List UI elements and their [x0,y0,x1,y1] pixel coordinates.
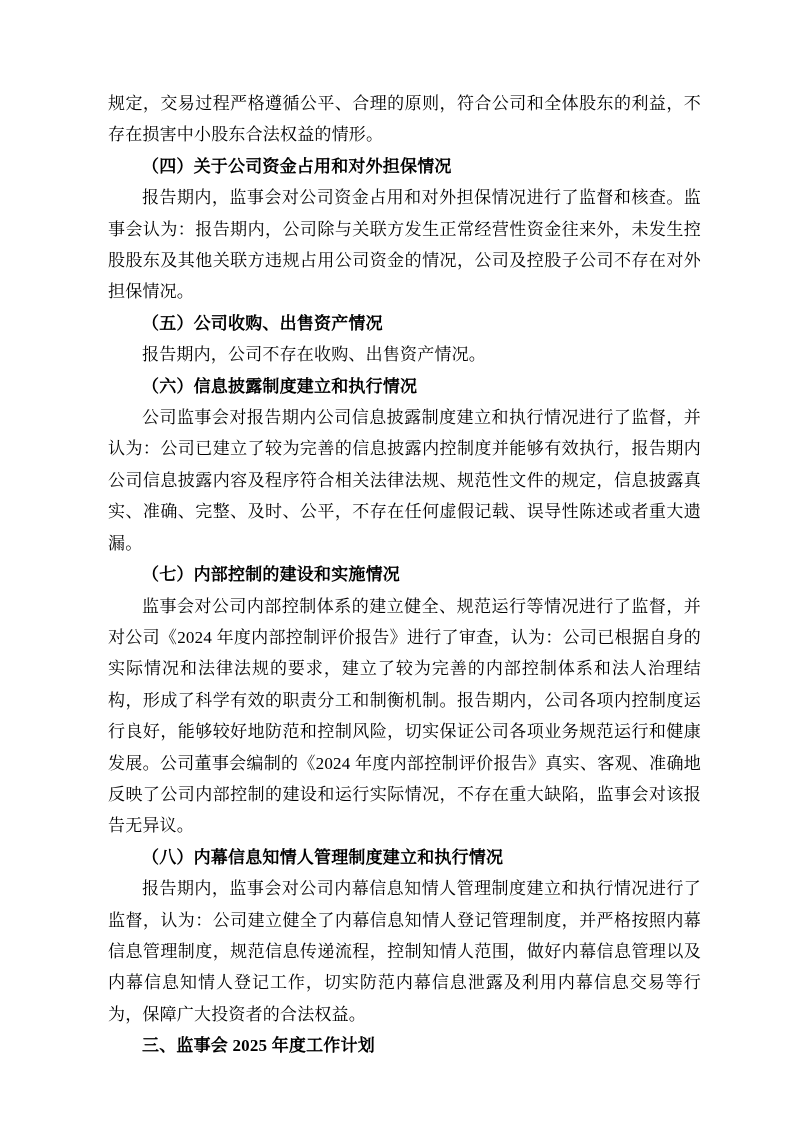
section-heading: （四）关于公司资金占用和对外担保情况 [108,151,701,182]
body-paragraph: 公司监事会对报告期内公司信息披露制度建立和执行情况进行了监督，并认为：公司已建立… [108,402,701,559]
section-heading: （六）信息披露制度建立和执行情况 [108,371,701,402]
document-page: 规定，交易过程严格遵循公平、合理的原则，符合公司和全体股东的利益，不存在损害中小… [0,0,794,1122]
section-heading: （八）内幕信息知情人管理制度建立和执行情况 [108,842,701,873]
document-body: 规定，交易过程严格遵循公平、合理的原则，符合公司和全体股东的利益，不存在损害中小… [108,88,701,1062]
section-heading: （七）内部控制的建设和实施情况 [108,559,701,590]
section-heading: 三、监事会 2025 年度工作计划 [108,1030,701,1061]
body-paragraph: 报告期内，监事会对公司内幕信息知情人管理制度建立和执行情况进行了监督，认为：公司… [108,873,701,1030]
body-paragraph: 监事会对公司内部控制体系的建立健全、规范运行等情况进行了监督，并对公司《2024… [108,591,701,842]
body-paragraph: 报告期内，公司不存在收购、出售资产情况。 [108,339,701,370]
body-paragraph: 规定，交易过程严格遵循公平、合理的原则，符合公司和全体股东的利益，不存在损害中小… [108,88,701,151]
body-paragraph: 报告期内，监事会对公司资金占用和对外担保情况进行了监督和核查。监事会认为：报告期… [108,182,701,308]
section-heading: （五）公司收购、出售资产情况 [108,308,701,339]
